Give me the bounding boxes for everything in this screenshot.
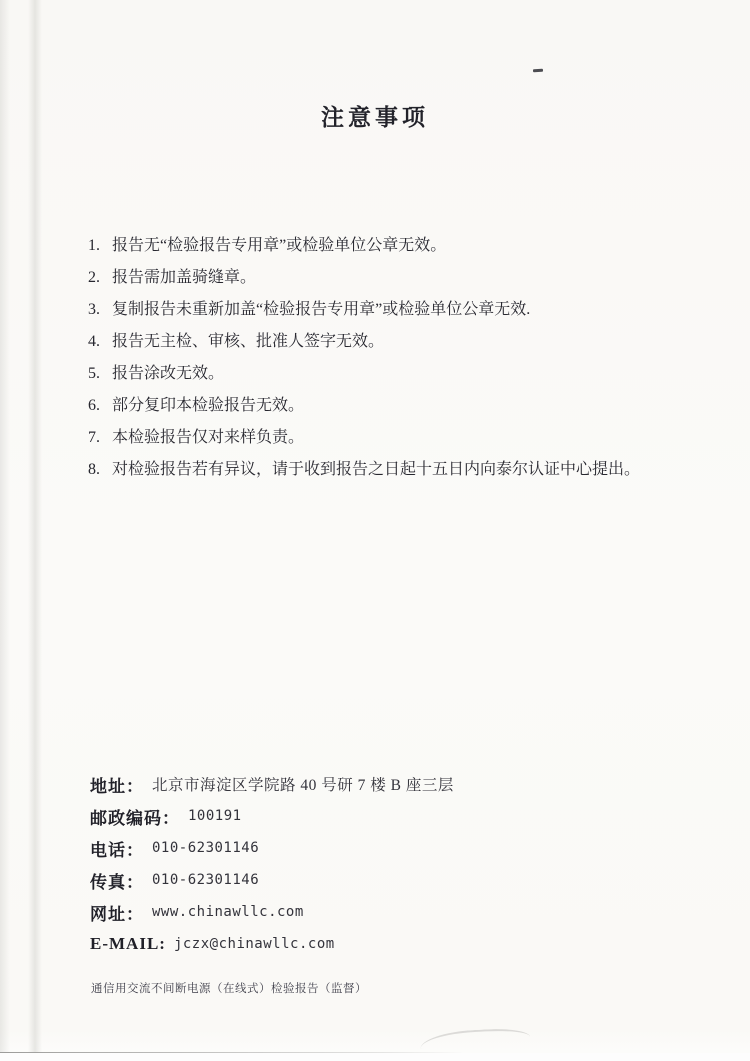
contact-value-email: jczx@chinawllc.com — [174, 936, 335, 952]
contact-value-website: www.chinawllc.com — [152, 904, 304, 920]
note-text: 报告无主检、审核、批准人签字无效。 — [112, 326, 384, 358]
contact-row-phone: 电话： 010-62301146 — [90, 832, 650, 864]
contact-value-address: 北京市海淀区学院路 40 号研 7 楼 B 座三层 — [152, 773, 454, 795]
pencil-smudge — [420, 1027, 531, 1049]
contact-label: 传真： — [90, 868, 144, 893]
contact-label: E-MAIL: — [90, 934, 166, 954]
contact-value-phone: 010-62301146 — [152, 840, 259, 856]
note-text: 报告需加盖骑缝章。 — [112, 262, 256, 294]
contact-row-postcode: 邮政编码： 100191 — [90, 800, 650, 832]
note-text: 对检验报告若有异议，请于收到报告之日起十五日内向泰尔认证中心提出。 — [112, 454, 640, 486]
page-title: 注意事项 — [0, 99, 750, 132]
contact-row-fax: 传真： 010-62301146 — [90, 864, 650, 896]
scanner-background — [0, 1053, 750, 1061]
note-item: 7. 本检验报告仅对来样负责。 — [88, 422, 688, 454]
note-number: 5. — [88, 358, 112, 390]
note-number: 7. — [88, 422, 112, 454]
note-item: 2. 报告需加盖骑缝章。 — [88, 262, 688, 294]
contact-row-website: 网址： www.chinawllc.com — [90, 896, 650, 928]
note-item: 3. 复制报告未重新加盖“检验报告专用章”或检验单位公章无效. — [88, 294, 688, 326]
note-item: 5. 报告涂改无效。 — [88, 358, 688, 390]
scan-mark — [533, 69, 543, 73]
scan-fold-line — [28, 0, 42, 1053]
note-item: 6. 部分复印本检验报告无效。 — [88, 390, 688, 422]
contact-value-postcode: 100191 — [188, 808, 242, 824]
contact-label: 电话： — [90, 836, 144, 861]
contact-row-email: E-MAIL: jczx@chinawllc.com — [90, 928, 650, 960]
note-text: 部分复印本检验报告无效。 — [112, 390, 304, 422]
note-text: 报告无“检验报告专用章”或检验单位公章无效。 — [112, 230, 446, 262]
scan-left-edge-shade — [0, 0, 10, 1053]
contact-label: 网址： — [90, 900, 144, 925]
note-text: 报告涂改无效。 — [112, 358, 224, 390]
note-number: 3. — [88, 294, 112, 326]
note-number: 2. — [88, 262, 112, 294]
contact-label: 地址： — [90, 772, 144, 797]
document-page: 注意事项 1. 报告无“检验报告专用章”或检验单位公章无效。 2. 报告需加盖骑… — [0, 0, 750, 1061]
note-number: 6. — [88, 390, 112, 422]
contact-label: 邮政编码： — [90, 804, 180, 829]
footer-report-name: 通信用交流不间断电源（在线式）检验报告（监督） — [91, 980, 367, 996]
note-item: 1. 报告无“检验报告专用章”或检验单位公章无效。 — [88, 230, 688, 262]
note-item: 8. 对检验报告若有异议，请于收到报告之日起十五日内向泰尔认证中心提出。 — [88, 454, 688, 486]
contact-row-address: 地址： 北京市海淀区学院路 40 号研 7 楼 B 座三层 — [90, 768, 650, 800]
note-number: 4. — [88, 326, 112, 358]
note-number: 8. — [88, 454, 112, 486]
note-item: 4. 报告无主检、审核、批准人签字无效。 — [88, 326, 688, 358]
notes-list: 1. 报告无“检验报告专用章”或检验单位公章无效。 2. 报告需加盖骑缝章。 3… — [88, 230, 688, 486]
note-text: 复制报告未重新加盖“检验报告专用章”或检验单位公章无效. — [112, 294, 530, 326]
note-text: 本检验报告仅对来样负责。 — [112, 422, 304, 454]
contact-block: 地址： 北京市海淀区学院路 40 号研 7 楼 B 座三层 邮政编码： 1001… — [90, 768, 650, 960]
contact-value-fax: 010-62301146 — [152, 872, 259, 888]
note-number: 1. — [88, 230, 112, 262]
